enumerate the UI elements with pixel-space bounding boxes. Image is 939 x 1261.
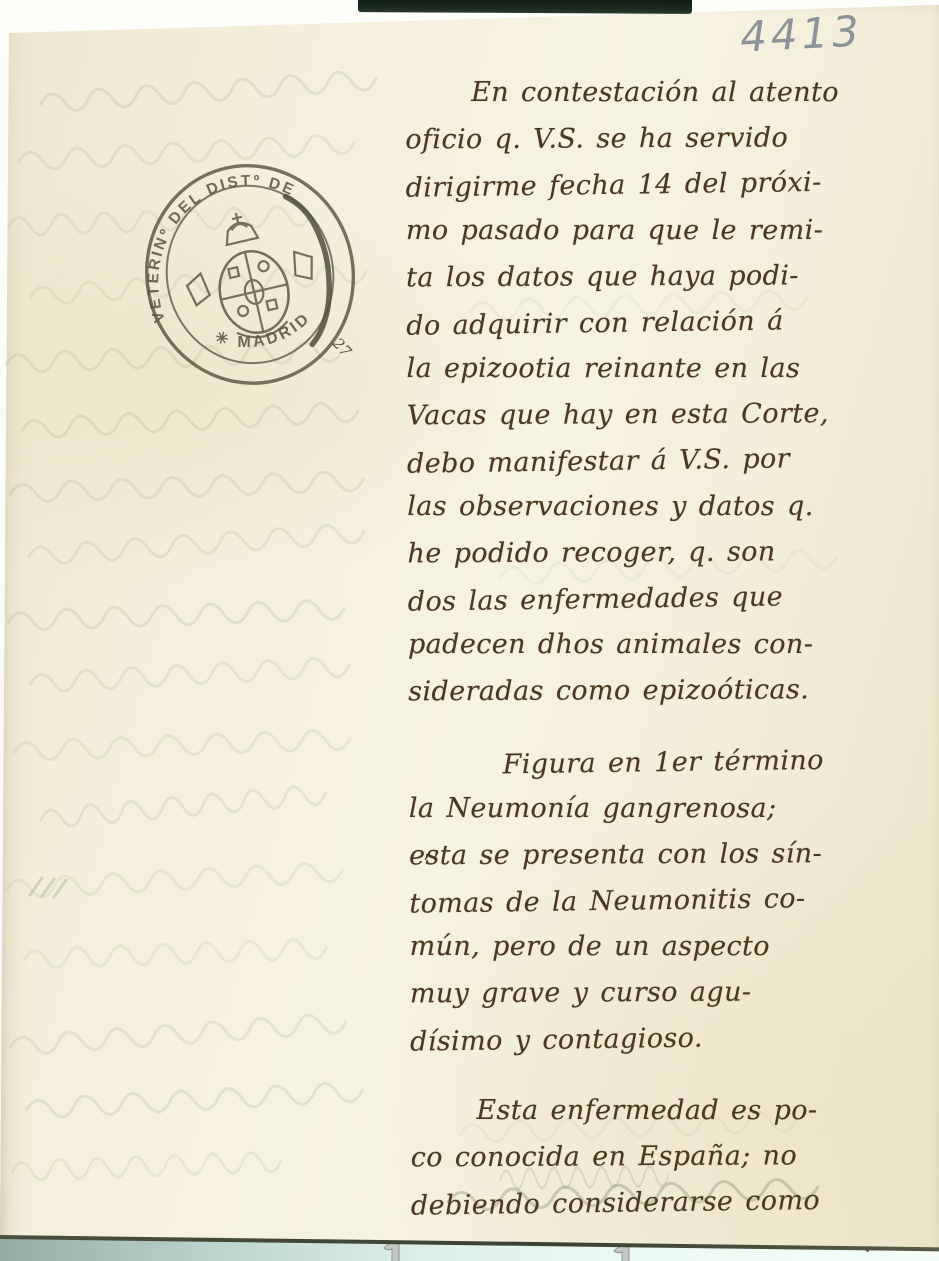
manuscript-line: debiendo considerarse como [411, 1176, 939, 1229]
manuscript-line: debo manifestar á V.S. por [407, 434, 936, 487]
manuscript-line: mún, pero de un aspecto [410, 924, 938, 970]
manuscript-line: oficio q. V.S. se ha servido [405, 115, 933, 164]
manuscript-line: muy grave y curso agu- [410, 969, 938, 1018]
manuscript-line: Esta enfermedad es po- [410, 1088, 938, 1134]
manuscript-line: ta los datos que haya podi- [406, 253, 934, 302]
manuscript-line: Vacas que hay en esta Corte, [407, 391, 935, 440]
manuscript-line: tomas de la Neumonitis co- [409, 874, 938, 927]
manuscript-line: co conocida en España; no [411, 1133, 939, 1182]
manuscript-line: la epizootia reinante en las [407, 346, 935, 392]
manuscript-line: he podido recoger, q. son [407, 529, 935, 578]
manuscript-line: mo pasado para que le remi- [406, 208, 934, 254]
manuscript-line: En contestación al atento [405, 70, 933, 116]
manuscript-line: esta se presenta con los sín- [409, 831, 937, 880]
stamp-arc-bottom-text: ✳ MADRID [210, 307, 318, 360]
scanner-top-bar [358, 0, 692, 14]
manuscript-line: Figura en 1er término [408, 736, 937, 789]
manuscript-line: dos las enfermedades que [407, 572, 936, 625]
manuscript-line: dísimo y contagioso. [410, 1012, 939, 1065]
manuscript-line: las observaciones y datos q. [407, 484, 935, 530]
manuscript-line: sideradas como epizoóticas. [408, 667, 936, 716]
scanned-document: 4413 VETERINº DEL DISTº DE ✳ MADRID [0, 0, 939, 1261]
archive-number: 4413 [739, 3, 921, 61]
manuscript-line: la Neumonía gangrenosa; [409, 786, 937, 832]
stamp-handwritten-number: 27 [328, 334, 355, 361]
manuscript-line: dirigirme fecha 14 del próxi- [405, 158, 934, 211]
manuscript-line: do adquirir con relación á [406, 296, 935, 349]
manuscript-line: padecen dhos animales con- [408, 622, 936, 668]
manuscript-text: En contestación al atento oficio q. V.S.… [405, 69, 939, 1228]
